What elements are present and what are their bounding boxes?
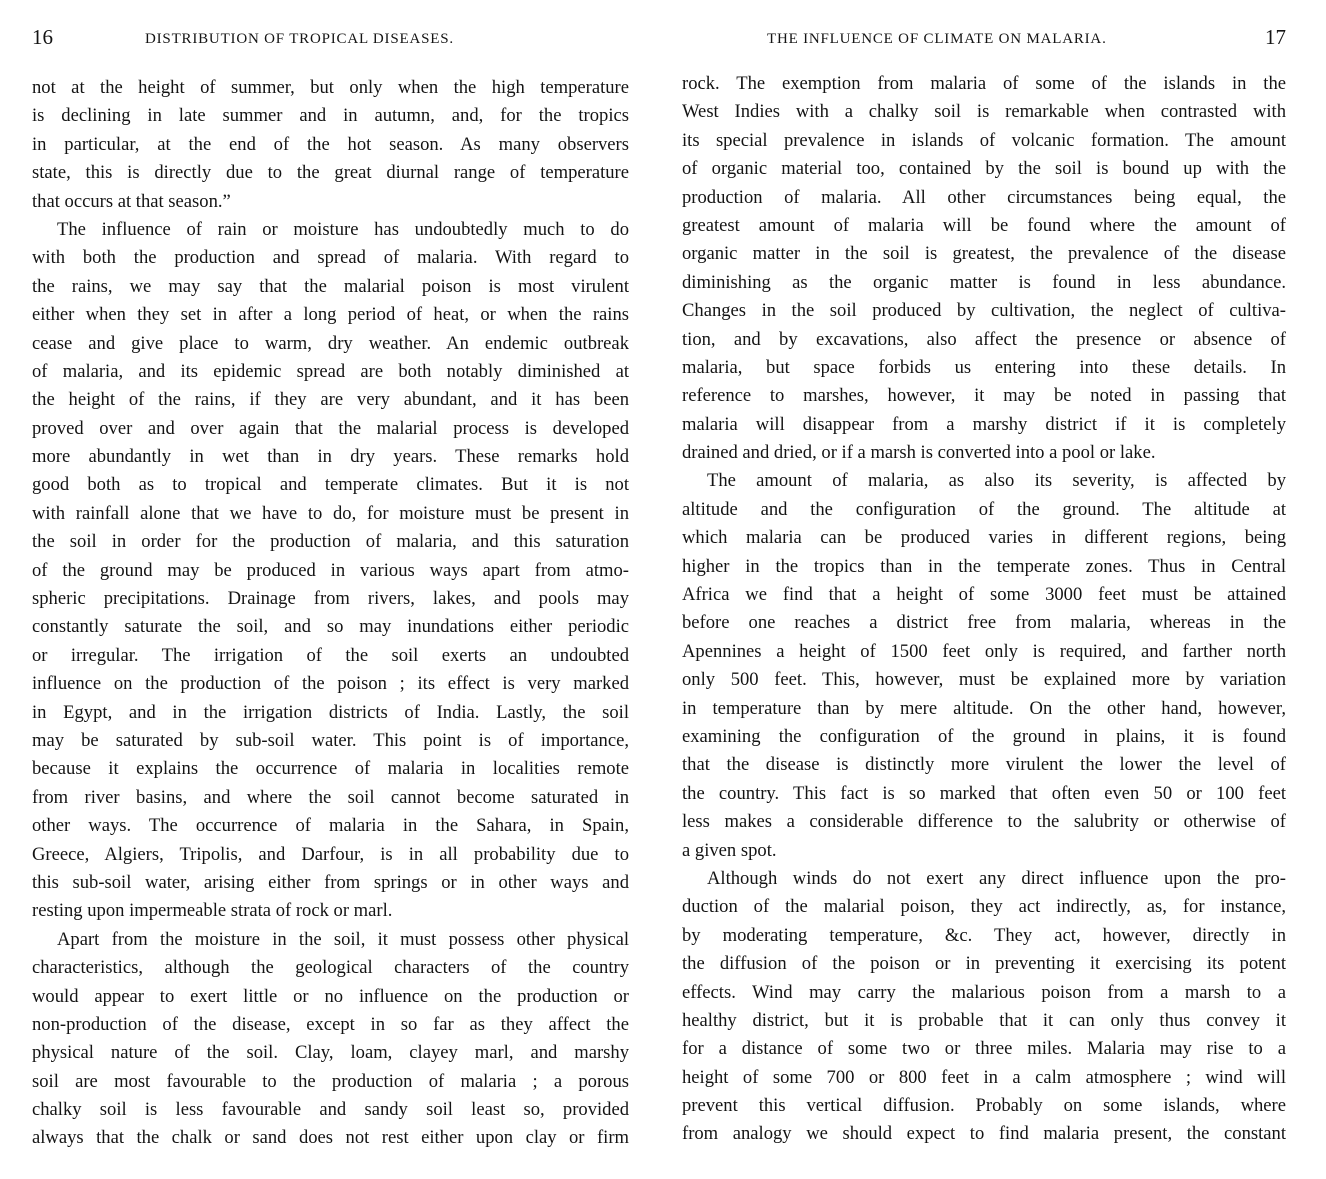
text-line: good both as to tropical and temperate c… (32, 471, 629, 499)
text-line: that the disease is distinctly more viru… (682, 751, 1286, 779)
text-line: which malaria can be produced varies in … (682, 524, 1286, 552)
text-line: may be saturated by sub-soil water. This… (32, 727, 629, 755)
text-line: characteristics, although the geological… (32, 954, 629, 982)
text-line: production of malaria. All other circums… (682, 184, 1286, 212)
right-body-text: rock. The exemption from malaria of some… (682, 70, 1286, 1149)
text-line: its special prevalence in islands of vol… (682, 127, 1286, 155)
text-line: of the ground may be produced in various… (32, 557, 629, 585)
text-line: physical nature of the soil. Clay, loam,… (32, 1039, 629, 1067)
text-line: the rains, we may say that the malarial … (32, 273, 629, 301)
text-line: the height of the rains, if they are ver… (32, 386, 629, 414)
text-line: in particular, at the end of the hot sea… (32, 131, 629, 159)
text-line: organic matter in the soil is greatest, … (682, 240, 1286, 268)
text-line: drained and dried, or if a marsh is conv… (682, 439, 1286, 467)
page-number: 17 (1265, 25, 1286, 50)
text-line: height of some 700 or 800 feet in a calm… (682, 1064, 1286, 1092)
text-line: higher in the tropics than in the temper… (682, 553, 1286, 581)
text-line: non-production of the disease, except in… (32, 1011, 629, 1039)
text-line: effects. Wind may carry the malarious po… (682, 979, 1286, 1007)
text-line: either when they set in after a long per… (32, 301, 629, 329)
paragraph-start-line: Apart from the moisture in the soil, it … (32, 926, 629, 954)
text-line: other ways. The occurrence of malaria in… (32, 812, 629, 840)
text-line: proved over and over again that the mala… (32, 415, 629, 443)
text-line: altitude and the configuration of the gr… (682, 496, 1286, 524)
text-line: tion, and by excavations, also affect th… (682, 326, 1286, 354)
text-line: Changes in the soil produced by cultivat… (682, 297, 1286, 325)
text-line: in temperature than by mere altitude. On… (682, 695, 1286, 723)
text-line: examining the configuration of the groun… (682, 723, 1286, 751)
text-line: Apennines a height of 1500 feet only is … (682, 638, 1286, 666)
text-line: spheric precipitations. Drainage from ri… (32, 585, 629, 613)
paragraph-start-line: The influence of rain or moisture has un… (32, 216, 629, 244)
text-line: of malaria, and its epidemic spread are … (32, 358, 629, 386)
text-line: the country. This fact is so marked that… (682, 780, 1286, 808)
running-head-title: THE INFLUENCE OF CLIMATE ON MALARIA. (767, 31, 1107, 48)
paragraph-start-line: Although winds do not exert any direct i… (682, 865, 1286, 893)
text-line: the soil in order for the production of … (32, 528, 629, 556)
text-line: is declining in late summer and in autum… (32, 102, 629, 130)
text-line: healthy district, but it is probable tha… (682, 1007, 1286, 1035)
text-line: before one reaches a district free from … (682, 609, 1286, 637)
text-line: Greece, Algiers, Tripolis, and Darfour, … (32, 841, 629, 869)
text-line: malaria, but space forbids us entering i… (682, 354, 1286, 382)
text-line: duction of the malarial poison, they act… (682, 893, 1286, 921)
text-line: would appear to exert little or no influ… (32, 983, 629, 1011)
text-line: in Egypt, and in the irrigation district… (32, 699, 629, 727)
text-line: chalky soil is less favourable and sandy… (32, 1096, 629, 1124)
text-line: constantly saturate the soil, and so may… (32, 613, 629, 641)
text-line: only 500 feet. This, however, must be ex… (682, 666, 1286, 694)
text-line: of organic material too, contained by th… (682, 155, 1286, 183)
text-line: greatest amount of malaria will be found… (682, 212, 1286, 240)
text-line: West Indies with a chalky soil is remark… (682, 98, 1286, 126)
text-line: reference to marshes, however, it may be… (682, 382, 1286, 410)
text-line: more abundantly in wet than in dry years… (32, 443, 629, 471)
text-line: from river basins, and where the soil ca… (32, 784, 629, 812)
text-line: Africa we find that a height of some 300… (682, 581, 1286, 609)
text-line: with rainfall alone that we have to do, … (32, 500, 629, 528)
text-line: prevent this vertical diffusion. Probabl… (682, 1092, 1286, 1120)
text-line: always that the chalk or sand does not r… (32, 1124, 629, 1152)
left-running-head: 16 DISTRIBUTION OF TROPICAL DISEASES. (32, 28, 629, 54)
left-body-text: not at the height of summer, but only wh… (32, 74, 629, 1153)
text-line: resting upon impermeable strata of rock … (32, 897, 629, 925)
text-line: a given spot. (682, 837, 1286, 865)
page-number: 16 (32, 25, 53, 50)
text-line: less makes a considerable difference to … (682, 808, 1286, 836)
text-line: from analogy we should expect to find ma… (682, 1120, 1286, 1148)
running-head-title: DISTRIBUTION OF TROPICAL DISEASES. (145, 31, 454, 48)
text-line: by moderating temperature, &c. They act,… (682, 922, 1286, 950)
text-line: the diffusion of the poison or in preven… (682, 950, 1286, 978)
text-line: because it explains the occurrence of ma… (32, 755, 629, 783)
text-line: not at the height of summer, but only wh… (32, 74, 629, 102)
text-line: malaria will disappear from a marshy dis… (682, 411, 1286, 439)
right-running-head: THE INFLUENCE OF CLIMATE ON MALARIA. 17 (682, 28, 1286, 54)
text-line: influence on the production of the poiso… (32, 670, 629, 698)
text-line: with both the production and spread of m… (32, 244, 629, 272)
text-line: this sub-soil water, arising either from… (32, 869, 629, 897)
text-line: soil are most favourable to the producti… (32, 1068, 629, 1096)
text-line: for a distance of some two or three mile… (682, 1035, 1286, 1063)
text-line: rock. The exemption from malaria of some… (682, 70, 1286, 98)
text-line: state, this is directly due to the great… (32, 159, 629, 187)
text-line: that occurs at that season.” (32, 188, 629, 216)
text-line: diminishing as the organic matter is fou… (682, 269, 1286, 297)
text-line: cease and give place to warm, dry weathe… (32, 330, 629, 358)
paragraph-start-line: The amount of malaria, as also its sever… (682, 467, 1286, 495)
text-line: or irregular. The irrigation of the soil… (32, 642, 629, 670)
